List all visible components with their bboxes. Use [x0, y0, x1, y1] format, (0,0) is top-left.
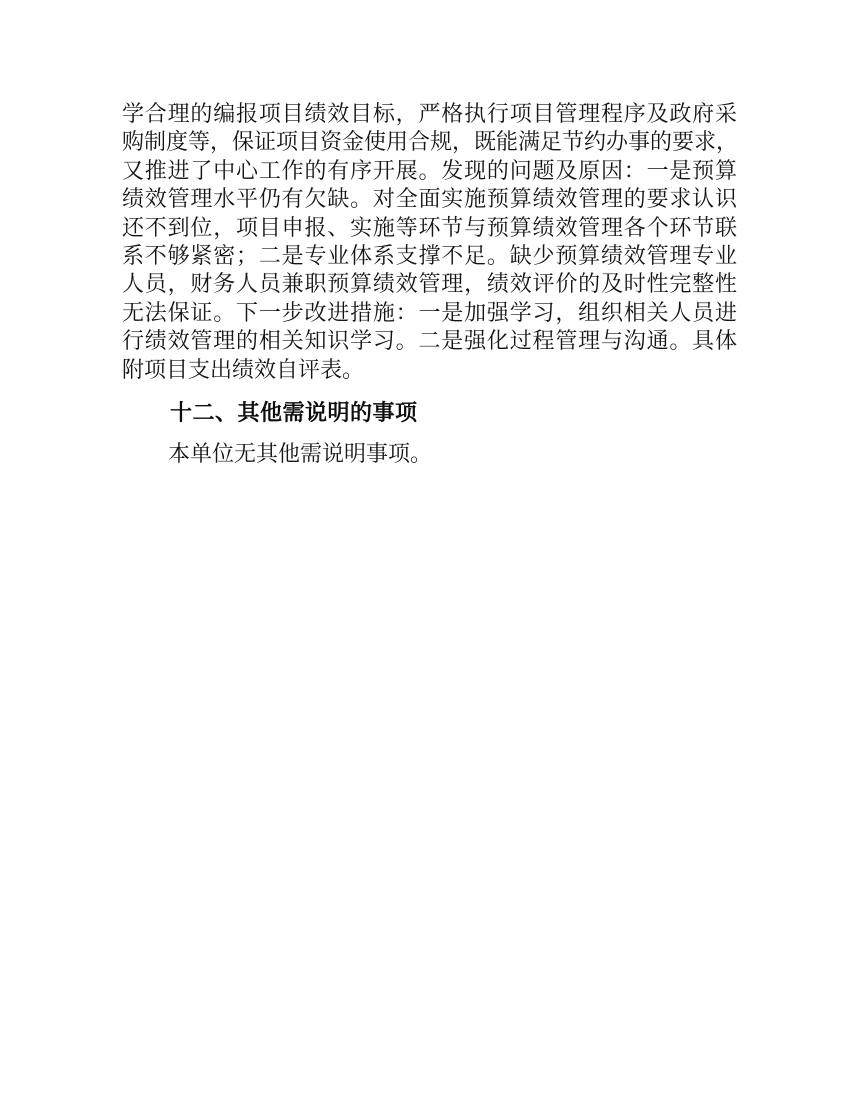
paragraph-line: 学合理的编报项目绩效目标，严格执行项目管理程序及政府采 [122, 101, 737, 129]
paragraph-line: 系不够紧密；二是专业体系支撑不足。缺少预算绩效管理专业 [122, 243, 737, 271]
continuation-paragraph: 学合理的编报项目绩效目标，严格执行项目管理程序及政府采 购制度等，保证项目资金使… [122, 101, 737, 385]
text-block: 学合理的编报项目绩效目标，严格执行项目管理程序及政府采 购制度等，保证项目资金使… [122, 101, 737, 469]
section-heading-12: 十二、其他需说明的事项 [122, 400, 737, 428]
paragraph-line: 行绩效管理的相关知识学习。二是强化过程管理与沟通。具体 [122, 328, 737, 356]
document-page: 学合理的编报项目绩效目标，严格执行项目管理程序及政府采 购制度等，保证项目资金使… [0, 0, 850, 1100]
paragraph-line: 绩效管理水平仍有欠缺。对全面实施预算绩效管理的要求认识 [122, 186, 737, 214]
paragraph-line: 又推进了中心工作的有序开展。发现的问题及原因：一是预算 [122, 158, 737, 186]
paragraph-line: 无法保证。下一步改进措施：一是加强学习，组织相关人员进 [122, 300, 737, 328]
paragraph-line: 人员，财务人员兼职预算绩效管理，绩效评价的及时性完整性 [122, 271, 737, 299]
paragraph-line-last: 附项目支出绩效自评表。 [122, 357, 737, 385]
paragraph-line: 购制度等，保证项目资金使用合规，既能满足节约办事的要求， [122, 129, 737, 157]
paragraph-line: 还不到位，项目申报、实施等环节与预算绩效管理各个环节联 [122, 215, 737, 243]
section-12-body: 本单位无其他需说明事项。 [122, 441, 737, 469]
